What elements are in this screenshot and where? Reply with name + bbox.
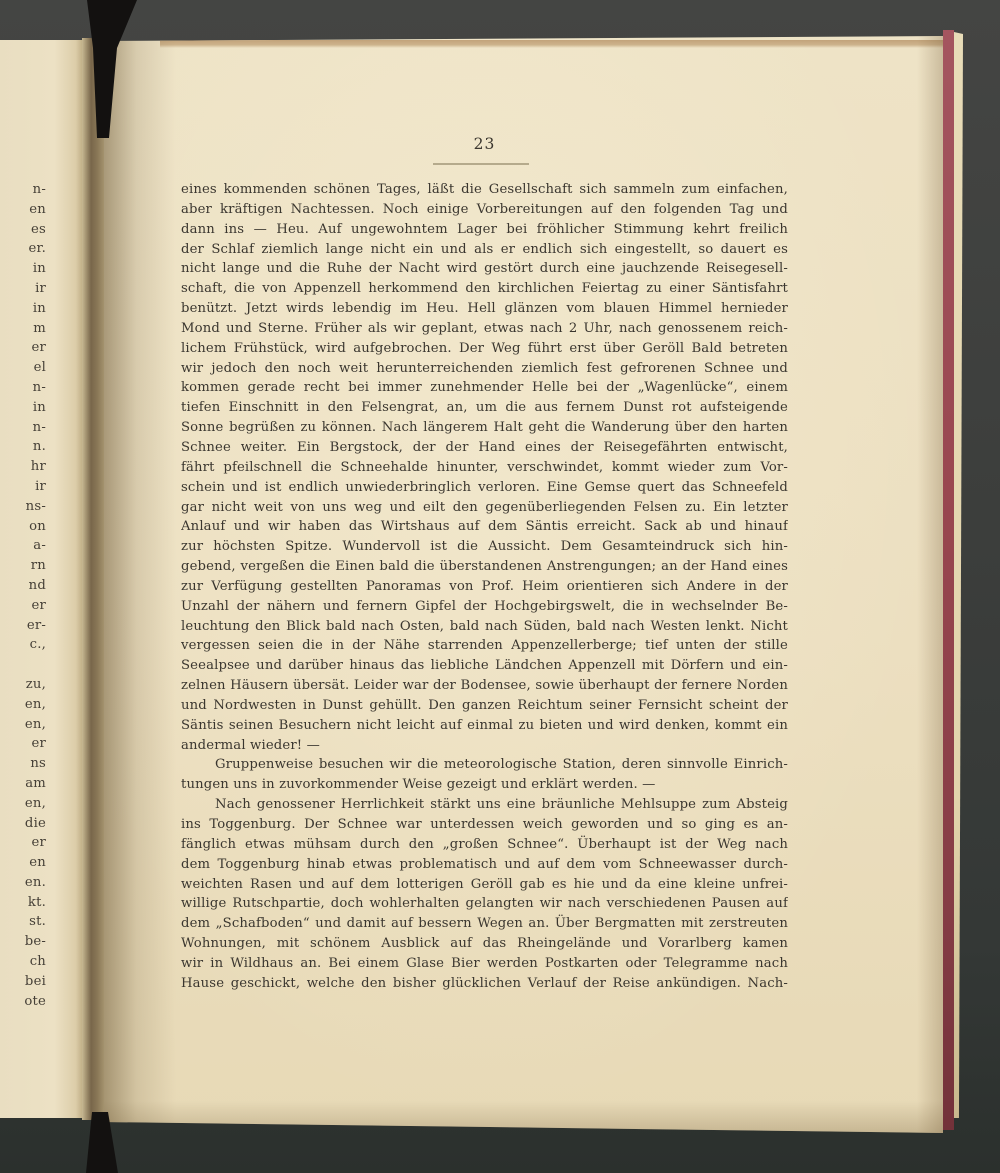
left-page-edge: n-eneser.inirinmereln-inn-n.hrirns-ona-r… xyxy=(0,40,88,1118)
left-page-fragment-line: er xyxy=(0,338,46,358)
left-page-fragment-line: ote xyxy=(0,992,46,1012)
left-page-fragment-line: in xyxy=(0,299,46,319)
left-page-fragment-line: bei xyxy=(0,972,46,992)
text-line: wir jedoch den noch weit herunterreichen… xyxy=(181,359,788,379)
text-line: leuchtung den Blick bald nach Osten, bal… xyxy=(181,617,788,637)
left-page-fragment-line: in xyxy=(0,398,46,418)
left-page-fragment-line: n- xyxy=(0,180,46,200)
book-photo-scene: n-eneser.inirinmereln-inn-n.hrirns-ona-r… xyxy=(0,0,1000,1173)
left-page-fragment-line: er. xyxy=(0,239,46,259)
text-line: weichten Rasen und auf dem lotterigen Ge… xyxy=(181,875,788,895)
left-page-fragment-line: rn xyxy=(0,556,46,576)
text-line: schein und ist endlich unwiederbringlich… xyxy=(181,478,788,498)
text-line: Mond und Sterne. Früher als wir geplant,… xyxy=(181,319,788,339)
text-line: Hause geschickt, welche den bisher glück… xyxy=(181,974,788,994)
page-edge-red xyxy=(943,30,954,1130)
left-page-fragment-line: er xyxy=(0,734,46,754)
text-line: aber kräftigen Nachtessen. Noch einige V… xyxy=(181,200,788,220)
text-line: eines kommenden schönen Tages, läßt die … xyxy=(181,180,788,200)
left-page-fragment-line: n- xyxy=(0,418,46,438)
text-line: kommen gerade recht bei immer zunehmende… xyxy=(181,378,788,398)
left-page-fragment-line: c., xyxy=(0,635,46,655)
left-page-fragment-line: ns- xyxy=(0,497,46,517)
left-page-fragment-line: en xyxy=(0,200,46,220)
left-page-fragment-line: zu, xyxy=(0,675,46,695)
text-line: Wohnungen, mit schönem Ausblick auf das … xyxy=(181,934,788,954)
left-page-fragment-line: el xyxy=(0,358,46,378)
left-page-fragment-line: st. xyxy=(0,912,46,932)
page-body: eines kommenden schönen Tages, läßt die … xyxy=(181,180,788,994)
text-line: ins Toggenburg. Der Schnee war unterdess… xyxy=(181,815,788,835)
left-page-fragment-line: n- xyxy=(0,378,46,398)
left-page-fragment-line: m xyxy=(0,319,46,339)
left-page-fragment-line: hr xyxy=(0,457,46,477)
text-line: dem Toggenburg hinab etwas problematisch… xyxy=(181,855,788,875)
left-page-fragment-line: ns xyxy=(0,754,46,774)
left-page-fragment-line: be- xyxy=(0,932,46,952)
text-line: Schnee weiter. Ein Bergstock, der der Ha… xyxy=(181,438,788,458)
left-page-fragment-line: en, xyxy=(0,794,46,814)
left-page-fragment-line: n. xyxy=(0,437,46,457)
text-line: gar nicht weit von uns weg und eilt den … xyxy=(181,498,788,518)
text-line: tiefen Einschnitt in den Felsengrat, an,… xyxy=(181,398,788,418)
text-line: vergessen seien die in der Nähe starrend… xyxy=(181,636,788,656)
left-page-fragment-line: er- xyxy=(0,616,46,636)
text-line: und Nordwesten in Dunst gehüllt. Den gan… xyxy=(181,696,788,716)
left-page-fragment-line: en, xyxy=(0,715,46,735)
paragraph: Nach genossener Herrlichkeit stärkt uns … xyxy=(181,795,788,993)
left-page-fragment-line: in xyxy=(0,259,46,279)
left-page-fragment-line: ch xyxy=(0,952,46,972)
text-line: Gruppenweise besuchen wir die meteorolog… xyxy=(181,755,788,775)
text-line: zelnen Häusern übersät. Leider war der B… xyxy=(181,676,788,696)
text-line: willige Rutschpartie, doch wohlerhalten … xyxy=(181,894,788,914)
text-line: fährt pfeilschnell die Schneehalde hinun… xyxy=(181,458,788,478)
text-line: Unzahl der nähern und fernern Gipfel der… xyxy=(181,597,788,617)
text-line: der Schlaf ziemlich lange nicht ein und … xyxy=(181,240,788,260)
text-line: lichem Frühstück, wird aufgebrochen. Der… xyxy=(181,339,788,359)
page-bottom-shadow xyxy=(104,1101,943,1133)
left-page-fragment-line: nd xyxy=(0,576,46,596)
left-page-fragment-line: en, xyxy=(0,695,46,715)
left-page-fragment-line: es xyxy=(0,220,46,240)
text-line: tungen uns in zuvorkommender Weise gezei… xyxy=(181,775,788,795)
page-right-shadow xyxy=(917,36,943,1133)
text-line: andermal wieder! — xyxy=(181,736,788,756)
text-line: zur höchsten Spitze. Wundervoll ist die … xyxy=(181,537,788,557)
text-line: zur Verfügung gestellten Panoramas von P… xyxy=(181,577,788,597)
book-page: 23 eines kommenden schönen Tages, läßt d… xyxy=(104,36,943,1133)
text-line: gebend, vergeßen die Einen bald die über… xyxy=(181,557,788,577)
left-page-fragment-line: ir xyxy=(0,477,46,497)
left-page-fragment-line: am xyxy=(0,774,46,794)
text-line: dann ins — Heu. Auf ungewohntem Lager be… xyxy=(181,220,788,240)
text-line: benützt. Jetzt wirds lebendig im Heu. He… xyxy=(181,299,788,319)
page-stack-top-edge xyxy=(160,40,943,48)
text-line: schaft, die von Appenzell herkommend den… xyxy=(181,279,788,299)
left-page-fragment-line xyxy=(0,655,46,675)
left-page-fragment-line: er xyxy=(0,596,46,616)
left-page-fragment-line: a- xyxy=(0,536,46,556)
text-line: wir in Wildhaus an. Bei einem Glase Bier… xyxy=(181,954,788,974)
page-number-rule xyxy=(433,163,529,165)
under-page-edge xyxy=(954,32,963,1118)
left-page-fragment-line: er xyxy=(0,833,46,853)
left-page-fragment-line: die xyxy=(0,814,46,834)
left-page-fragment-line: en. xyxy=(0,873,46,893)
text-line: Säntis seinen Besuchern nicht leicht auf… xyxy=(181,716,788,736)
page-number: 23 xyxy=(181,135,788,157)
text-line: Sonne begrüßen zu können. Nach längerem … xyxy=(181,418,788,438)
text-line: dem „Schafboden“ und damit auf bessern W… xyxy=(181,914,788,934)
text-line: nicht lange und die Ruhe der Nacht wird … xyxy=(181,259,788,279)
paragraph: eines kommenden schönen Tages, läßt die … xyxy=(181,180,788,755)
text-line: Nach genossener Herrlichkeit stärkt uns … xyxy=(181,795,788,815)
left-page-fragments: n-eneser.inirinmereln-inn-n.hrirns-ona-r… xyxy=(0,180,46,1011)
text-line: fänglich etwas mühsam durch den „großen … xyxy=(181,835,788,855)
gutter-shadow xyxy=(104,36,176,1133)
left-page-fragment-line: ir xyxy=(0,279,46,299)
paragraph: Gruppenweise besuchen wir die meteorolog… xyxy=(181,755,788,795)
left-page-fragment-line: on xyxy=(0,517,46,537)
left-page-fragment-line: en xyxy=(0,853,46,873)
left-page-fragment-line: kt. xyxy=(0,893,46,913)
text-line: Anlauf und wir haben das Wirtshaus auf d… xyxy=(181,517,788,537)
text-line: Seealpsee und darüber hinaus das lieblic… xyxy=(181,656,788,676)
